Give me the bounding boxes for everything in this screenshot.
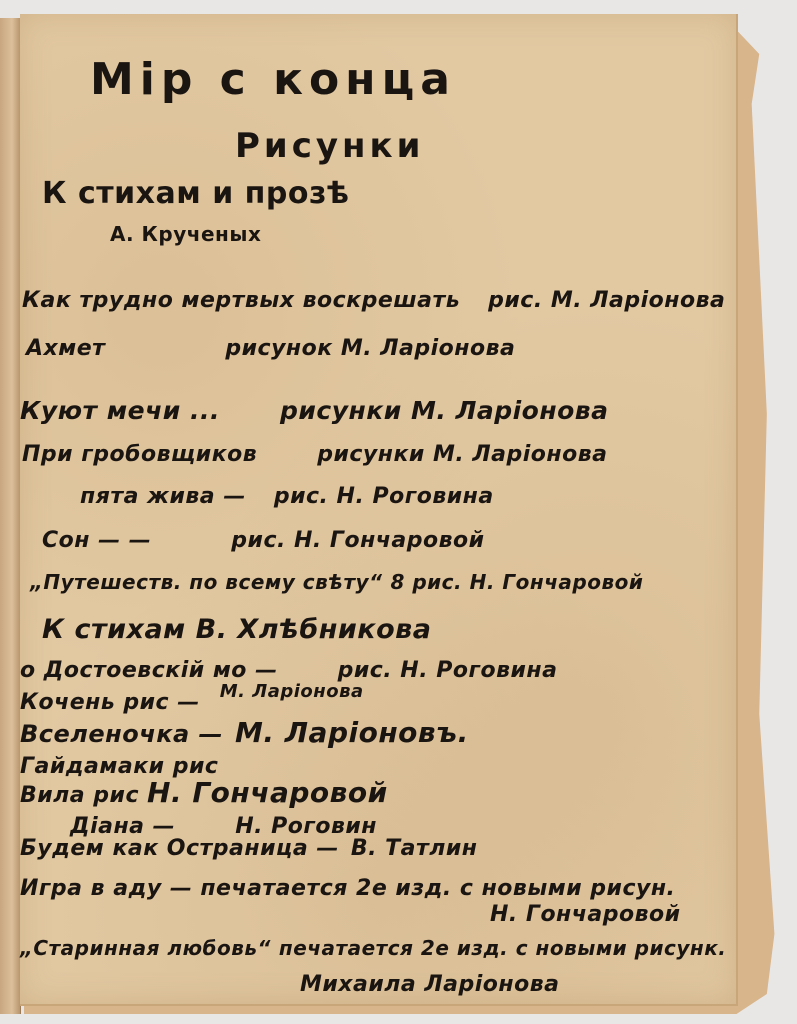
entry-credit: В. Татлин [351,836,478,861]
entry-work: Игра в аду — [20,876,192,901]
entry-work: пята жива — [80,484,246,509]
entry-row: о Достоевскiй мо —рис. Н. Роговина [20,658,557,683]
entry-work: „Путешеств. по всему свѣту“ [30,570,382,594]
entry-row: „Путешеств. по всему свѣту“8 рис. Н. Гон… [30,570,643,594]
entry-row: Сон — —рис. Н. Гончаровой [42,528,485,553]
entry-credit: печатается 2е изд. с новыми рисун. [200,876,675,901]
entry-credit: М. Ларiоновъ. [235,716,469,749]
entry-row: Куют мечи ...рисунки М. Ларiонова [20,396,608,425]
entry-credit: 8 рис. Н. Гончаровой [390,570,643,594]
entry-row: Будем как Остраница —В. Татлин [20,836,477,861]
entry-row: пята жива —рис. Н. Роговина [80,484,494,509]
heading: К стихам и прозѣ [42,176,350,211]
entry-row: Игра в аду —печатается 2е изд. с новыми … [20,876,675,901]
entry-credit: рисунки М. Ларiонова [317,442,607,467]
entry-row: При гробовщиковрисунки М. Ларiонова [22,442,607,467]
entry-work: К стихам В. Хлѣбникова [42,614,431,645]
entry-credit: рис. М. Ларiонова [488,288,725,313]
page-subtitle: Рисунки [235,126,424,166]
manuscript-page: Мiр с конца Рисунки К стихам и прозѣ А. … [20,14,738,1006]
book-spine [0,18,21,1014]
entry-work: „Старинная любовь“ [20,936,271,960]
entry-work: Вселеночка — [20,720,223,748]
entry-row: Ахметрисунок М. Ларiонова [26,336,515,361]
entry-work: При гробовщиков [22,442,257,467]
entry-row: Вселеночка —М. Ларiоновъ. [20,716,469,749]
entry-work: Кочень рис — [20,690,200,715]
entry-row: Н. Гончаровой [490,902,681,927]
entry-work: Как трудно мертвых воскрешать [22,288,460,313]
entry-work: Вила рис [20,783,139,808]
entry-row: Кочень рис —М. Ларiонова [20,690,364,715]
entry-credit: рис. Н. Гончаровой [231,528,484,553]
entry-work: о Достоевскiй мо — [20,658,278,683]
entry-credit: Н. Гончаровой [147,776,388,809]
entry-work: Сон — — [42,528,151,553]
entry-credit: рисунок М. Ларiонова [225,336,515,361]
entry-work: Куют мечи ... [20,396,220,425]
entry-work: Будем как Остраница — [20,836,339,861]
entry-credit: рис. Н. Роговина [338,658,558,683]
entry-credit: Н. Гончаровой [490,902,681,927]
entry-row: „Старинная любовь“печатается 2е изд. с н… [20,936,726,960]
entry-credit: печатается 2е изд. с новыми рисунк. [279,936,726,960]
entry-credit: рис. Н. Роговина [274,484,494,509]
entry-credit: Михаила Ларiонова [300,972,559,997]
entry-work: Ахмет [26,336,105,361]
entry-credit: М. Ларiонова [220,681,364,702]
entry-credit: рисунки М. Ларiонова [280,396,608,425]
entry-row: Михаила Ларiонова [300,972,559,997]
author-name: А. Крученых [110,222,261,246]
page-title: Мiр с конца [90,54,456,105]
entry-row: К стихам В. Хлѣбникова [42,614,431,645]
entry-row: Как трудно мертвых воскрешатьрис. М. Лар… [22,288,725,313]
entry-row: Вила рисН. Гончаровой [20,776,388,809]
